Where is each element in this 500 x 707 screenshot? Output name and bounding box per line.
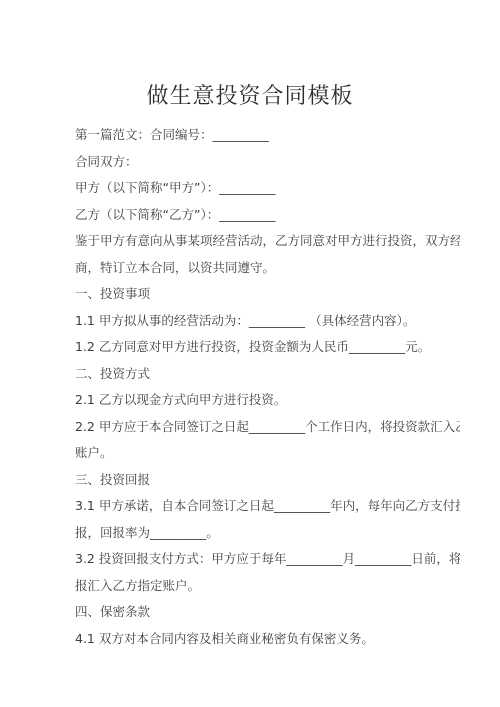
document-line: 2.2 甲方应于本合同签订之日起_________个工作日内，将投资款汇入乙方指… [75,414,460,441]
document-line: 商，特订立本合同，以资共同遵守。 [75,255,460,282]
document-line: 3.1 甲方承诺，自本合同签订之日起_________年内，每年向乙方支付投资回 [75,493,460,520]
document-line: 合同双方： [75,149,460,176]
document-line: 四、保密条款 [75,599,460,626]
document-title: 做生意投资合同模板 [0,0,500,110]
document-line: 第一篇范文：合同编号：_________ [75,122,460,149]
document-line: 鉴于甲方有意向从事某项经营活动，乙方同意对甲方进行投资，双方经友好协 [75,228,460,255]
document-line: 二、投资方式 [75,361,460,388]
document-line: 3.2 投资回报支付方式：甲方应于每年_________月_________日前… [75,546,460,573]
document-line: 报，回报率为_________。 [75,520,460,547]
document-line: 一、投资事项 [75,281,460,308]
document-line: 乙方（以下简称“乙方”）：_________ [75,202,460,229]
document-body: 第一篇范文：合同编号：_________合同双方：甲方（以下简称“甲方”）：__… [0,122,500,652]
document-line: 4.1 双方对本合同内容及相关商业秘密负有保密义务。 [75,626,460,653]
contract-document-page: 做生意投资合同模板 第一篇范文：合同编号：_________合同双方：甲方（以下… [0,0,500,707]
document-line: 1.1 甲方拟从事的经营活动为：_________ （具体经营内容）。 [75,308,460,335]
document-line: 三、投资回报 [75,467,460,494]
document-line: 报汇入乙方指定账户。 [75,573,460,600]
document-line: 账户。 [75,440,460,467]
document-line: 2.1 乙方以现金方式向甲方进行投资。 [75,387,460,414]
document-line: 甲方（以下简称“甲方”）：_________ [75,175,460,202]
document-line: 1.2 乙方同意对甲方进行投资，投资金额为人民币_________元。 [75,334,460,361]
